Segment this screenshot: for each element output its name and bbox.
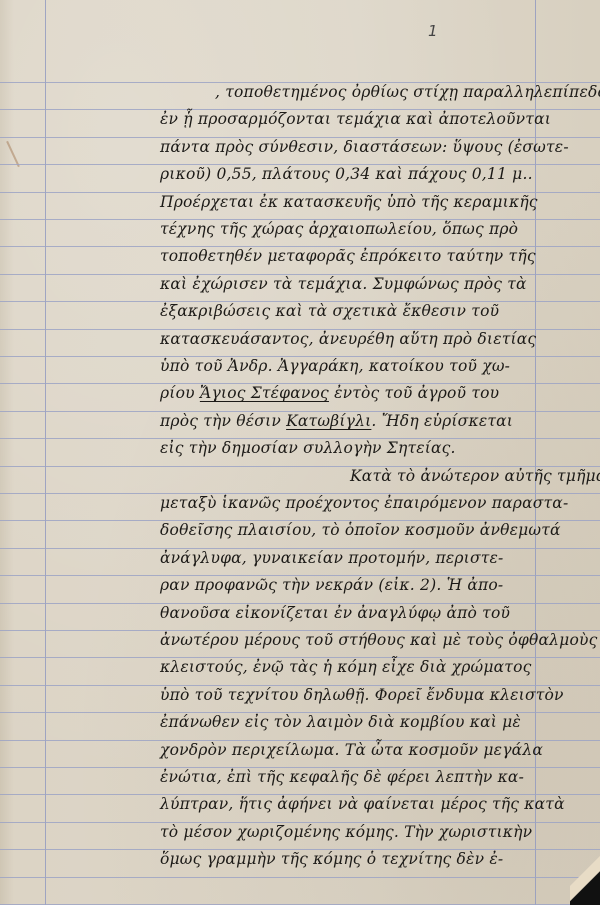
ruled-line	[0, 877, 600, 878]
manuscript-line: ἀνάγλυφα, γυναικείαν προτομήν, περιστε-	[160, 549, 503, 567]
manuscript-line: τὸ μέσον χωριζομένης κόμης. Τὴν χωριστικ…	[160, 823, 532, 841]
manuscript-line: ἐν ᾗ προσαρμόζονται τεμάχια καὶ ἀποτελοῦ…	[160, 110, 551, 128]
manuscript-line: κλειστούς, ἐνῷ τὰς ἡ κόμη εἶχε διὰ χρώμα…	[160, 658, 532, 676]
manuscript-line: ραν προφανῶς τὴν νεκράν (εἰκ. 2). Ἡ ἀπο-	[160, 576, 503, 594]
manuscript-page: 1 , τοποθετημένος ὀρθίως στίχῃ παραλληλε…	[0, 0, 600, 905]
manuscript-line: , τοποθετημένος ὀρθίως στίχῃ παραλληλεπί…	[215, 83, 600, 101]
manuscript-line: χονδρὸν περιχείλωμα. Τὰ ὦτα κοσμοῦν μεγά…	[160, 741, 543, 759]
manuscript-line: καὶ ἐχώρισεν τὰ τεμάχια. Συμφώνως πρὸς τ…	[160, 275, 527, 293]
manuscript-line: θανοῦσα εἰκονίζεται ἐν ἀναγλύφῳ ἀπὸ τοῦ	[160, 604, 510, 622]
manuscript-line: τοποθετηθέν μεταφορᾶς ἐπρόκειτο ταύτην τ…	[160, 247, 536, 265]
manuscript-line: ὑπὸ τοῦ τεχνίτου δηλωθῇ. Φορεῖ ἔνδυμα κλ…	[160, 686, 564, 704]
manuscript-line: Κατὰ τὸ ἀνώτερον αὐτῆς τμῆμα φέρει	[350, 467, 600, 485]
manuscript-line: εἰς τὴν δημοσίαν συλλογὴν Σητείας.	[160, 439, 456, 457]
manuscript-line: πάντα πρὸς σύνθεσιν, διαστάσεων: ὕψους (…	[160, 138, 569, 156]
manuscript-line: ὑπὸ τοῦ Ἀνδρ. Ἀγγαράκη, κατοίκου τοῦ χω-	[160, 357, 510, 375]
manuscript-line: ρίου Ἄγιος Στέφανος ἐντὸς τοῦ ἀγροῦ του	[160, 384, 499, 402]
manuscript-line: ἐνώτια, ἐπὶ τῆς κεφαλῆς δὲ φέρει λεπτὴν …	[160, 768, 524, 786]
manuscript-line: κατασκευάσαντος, ἀνευρέθη αὕτη πρὸ διετί…	[160, 330, 536, 348]
left-margin-line	[45, 0, 46, 905]
manuscript-line: δοθεῖσης πλαισίου, τὸ ὁποῖον κοσμοῦν ἀνθ…	[160, 521, 561, 539]
page-corner-fold	[570, 845, 600, 905]
manuscript-line: ρικοῦ) 0,55, πλάτους 0,34 καὶ πάχους 0,1…	[160, 165, 533, 183]
page-number: 1	[428, 22, 438, 40]
right-margin-line	[535, 0, 536, 905]
manuscript-line: λύπτραν, ἥτις ἀφήνει νὰ φαίνεται μέρος τ…	[160, 795, 565, 813]
manuscript-line: ἀνωτέρου μέρους τοῦ στήθους καὶ μὲ τοὺς …	[160, 631, 597, 649]
manuscript-line: τέχνης τῆς χώρας ἀρχαιοπωλείου, ὅπως πρὸ	[160, 220, 518, 238]
manuscript-line: μεταξὺ ἱκανῶς προέχοντος ἐπαιρόμενον παρ…	[160, 494, 568, 512]
manuscript-line: πρὸς τὴν θέσιν Κατωβίγλι. Ἤδη εὑρίσκεται	[160, 412, 513, 430]
manuscript-line: ἐξακριβώσεις καὶ τὰ σχετικὰ ἔκθεσιν τοῦ	[160, 302, 499, 320]
manuscript-line: ἐπάνωθεν εἰς τὸν λαιμὸν διὰ κομβίου καὶ …	[160, 713, 521, 731]
manuscript-line: ὅμως γραμμὴν τῆς κόμης ὁ τεχνίτης δὲν ἐ-	[160, 850, 503, 868]
underlined-place-name: Ἄγιος Στέφανος	[200, 384, 329, 402]
underlined-place-name: Κατωβίγλι	[286, 412, 371, 430]
manuscript-line: Προέρχεται ἐκ κατασκευῆς ὑπὸ τῆς κεραμικ…	[160, 193, 538, 211]
